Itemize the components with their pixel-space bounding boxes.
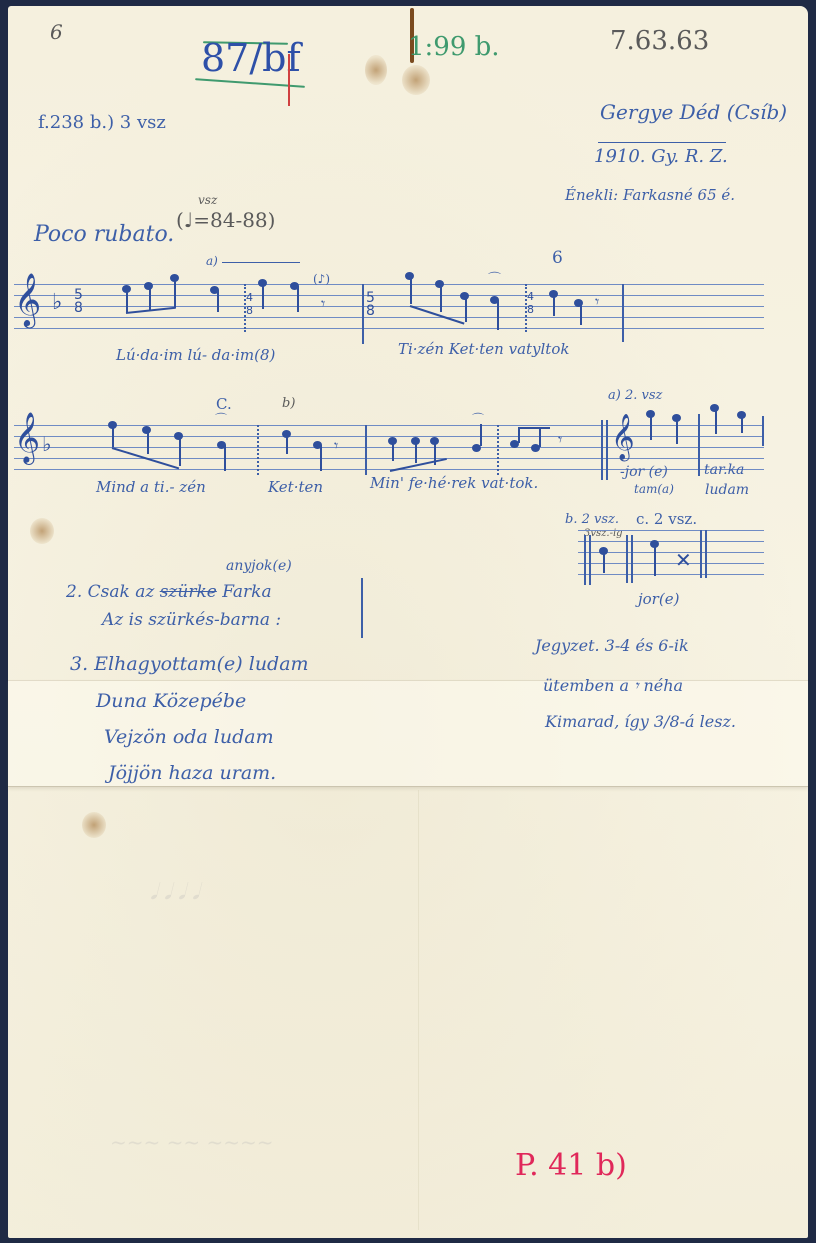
singer-info: Énekli: Farkasné 65 é.	[565, 186, 735, 204]
bleed-through-text: 𝅘𝅥 𝅘𝅥 𝅘𝅥 𝅘𝅥	[150, 880, 199, 905]
double-barline	[584, 535, 586, 585]
stain-top-2	[402, 65, 430, 95]
verse-2-insert: anyjok(e)	[226, 558, 292, 574]
metronome-note: vsz	[198, 193, 217, 207]
time-signature-4-8: 48	[246, 291, 253, 317]
verse-2-struck-word: szürke	[160, 582, 217, 602]
stain-left	[30, 518, 54, 544]
lyrics-line: tam(a)	[634, 482, 674, 496]
key-signature-flat: ♭	[52, 290, 62, 315]
pencil-reference: 7.63.63	[610, 26, 709, 56]
eighth-rest: 𝄾	[334, 436, 338, 456]
green-reference: 1:99 b.	[408, 32, 500, 62]
annotation-a2: a) 2. vsz	[608, 388, 662, 403]
end-barline	[762, 416, 764, 446]
fermata: ⌒	[488, 268, 501, 287]
annotation-b: b)	[282, 396, 295, 411]
annotation-a: a)	[206, 254, 218, 268]
barline	[698, 414, 700, 476]
beam	[518, 427, 550, 429]
time-signature-5-8: 58	[74, 289, 83, 315]
x-notehead: ✕	[675, 548, 692, 572]
note	[574, 299, 583, 307]
double-barline	[606, 420, 608, 480]
lyrics-line: -jor (e)	[620, 464, 668, 480]
double-barline	[589, 535, 591, 585]
collector-name: Gergye Déd (Csíb)	[600, 100, 787, 124]
catalog-number-block: 87/bf	[195, 36, 315, 106]
lyrics-line: Ti·zén Ket·ten vatyltok	[398, 340, 569, 358]
lyrics-line: tar.ka	[704, 462, 744, 478]
barline	[362, 284, 364, 344]
red-strike	[288, 54, 290, 106]
double-barline	[631, 535, 633, 583]
parenthesized-note: (♪)	[313, 272, 330, 286]
footnote-line-3: Kimarad, így 3/8-á lesz.	[545, 712, 736, 731]
lyrics-line: Min' fe·hé·rek vat·tok.	[370, 474, 538, 492]
barline	[365, 425, 367, 475]
verse-3-line-4: Jöjjön haza uram.	[108, 762, 276, 784]
verse-2-bracket	[361, 578, 363, 638]
dotted-barline	[497, 425, 499, 475]
treble-clef: 𝄞	[14, 272, 41, 328]
barline	[622, 284, 624, 342]
variant-lyric: jor(e)	[638, 590, 679, 608]
lyrics-line: ludam	[705, 482, 749, 498]
collector-underline	[598, 142, 726, 143]
treble-clef-variant: 𝄞	[611, 414, 635, 460]
fermata: ⌒	[472, 410, 484, 427]
verse-3-line-2: Duna Közepébe	[96, 690, 246, 712]
variant-label-b: b. 2 vsz.	[565, 512, 619, 527]
verse-2-line-1: 2. Csak az szürke Farka	[66, 582, 272, 602]
lyrics-line: Mind a ti.- zén	[96, 478, 206, 496]
stain-top	[365, 55, 387, 85]
verse-2-end-word: Farka	[222, 582, 271, 602]
catalog-number: 87/bf	[201, 36, 301, 80]
lyrics-line: Ket·ten	[268, 478, 323, 496]
key-signature-flat: ♭	[42, 432, 51, 456]
double-barline	[626, 535, 628, 583]
double-barline	[705, 530, 707, 578]
eighth-rest: 𝄾	[595, 292, 599, 312]
lyrics-line: Lú·da·im lú- da·im(8)	[116, 346, 275, 364]
dotted-barline	[257, 425, 259, 475]
verse-2-prefix: 2. Csak az	[66, 582, 154, 602]
verse-3-line-1: 3. Elhagyottam(e) ludam	[70, 653, 309, 675]
page-number: 6	[50, 20, 63, 44]
eighth-rest: 𝄾	[321, 294, 325, 314]
annotation-a-line	[222, 262, 300, 263]
footnote-line-2: ütemben a 𝄾 néha	[543, 676, 683, 696]
verse-2-line-2: Az is szürkés-barna :	[102, 610, 281, 630]
time-signature-4-8: 48	[527, 290, 534, 316]
fermata: ⌒	[215, 410, 227, 427]
page-crease	[418, 790, 419, 1230]
folio-reference: f.238 b.) 3 vsz	[38, 112, 166, 133]
stain-left-2	[82, 812, 106, 838]
treble-clef: 𝄞	[14, 412, 40, 463]
archive-reference: P. 41 b)	[515, 1148, 627, 1183]
variant-label-c: c. 2 vsz.	[636, 510, 697, 528]
double-barline	[700, 530, 702, 578]
double-barline	[601, 420, 603, 480]
footnote-line-1: Jegyzet. 3-4 és 6-ik	[535, 636, 689, 655]
time-signature-5-8: 58	[366, 292, 375, 318]
year-place: 1910. Gy. R. Z.	[594, 146, 728, 167]
metronome-marking: (♩=84-88)	[176, 208, 275, 232]
eighth-rest: 𝄾	[558, 430, 562, 450]
verse-3-line-3: Vejzön oda ludam	[104, 726, 274, 748]
bleed-through-text: ~~~ ~~ ~~~~	[110, 1130, 274, 1154]
tempo-marking: Poco rubato.	[34, 222, 174, 247]
annotation-six: 6	[552, 248, 563, 268]
